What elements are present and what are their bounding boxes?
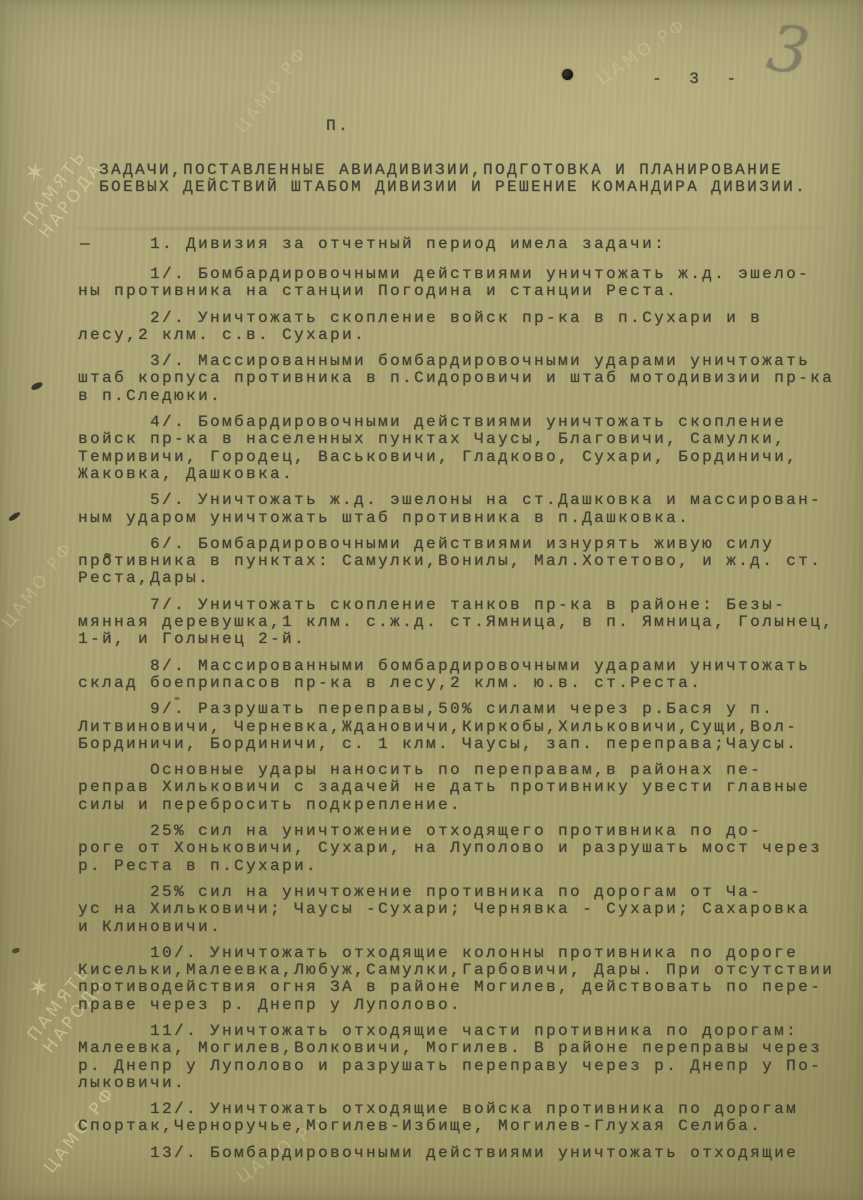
document-paragraph: 8/. Массированными бомбардировочными уда…	[78, 658, 844, 693]
section-heading: ЗАДАЧИ,ПОСТАВЛЕННЫЕ АВИАДИВИЗИИ,ПОДГОТОВ…	[99, 162, 839, 197]
document-paragraph: 7/. Уничтожать скопление танков пр-ка в …	[78, 597, 844, 649]
margin-dash: —	[80, 236, 92, 253]
intro-line: 1. Дивизия за отчетный период имела зада…	[150, 236, 666, 253]
document-paragraph: 10/. Уничтожать отходящие колонны против…	[78, 945, 844, 1014]
document-paragraph: Основные удары наносить по переправам,в …	[78, 762, 844, 814]
document-paragraph: 4/. Бомбардировочными действиями уничтож…	[78, 414, 844, 483]
ink-speck	[8, 511, 22, 523]
document-paragraph: 12/. Уничтожать отходящие войска противн…	[78, 1101, 844, 1136]
document-paragraph: 13/. Бомбардировочными действиями уничто…	[78, 1145, 844, 1162]
document-paragraph: 2/. Уничтожать скопление войск пр-ка в п…	[78, 310, 844, 345]
document-paragraph: 6/. Бомбардировочными действиями изнурят…	[78, 536, 844, 588]
star-icon: ✶	[17, 155, 54, 191]
ink-speck	[30, 381, 43, 392]
archive-watermark-memory: ✶ПАМЯТЬ НАРОДА	[0, 128, 107, 243]
hole-punch-dot	[562, 69, 573, 80]
document-paragraph: 25% сил на уничтожение противника по дор…	[78, 884, 844, 936]
document-paragraph: 9/. Разрушать переправы,50% силами через…	[78, 701, 844, 753]
document-paragraph: 25% сил на уничтожение отходящего против…	[78, 823, 844, 875]
watermark-text: ЦАМО РФ	[232, 43, 312, 137]
document-paragraph: 1/. Бомбардировочными действиями уничтож…	[78, 266, 844, 301]
underline-smudge	[76, 227, 824, 230]
watermark-text: ЦАМО РФ	[0, 538, 78, 632]
task-paragraphs: 1/. Бомбардировочными действиями уничтож…	[78, 266, 844, 1162]
section-numeral: П.	[326, 118, 350, 135]
document-paragraph: 3/. Массированными бомбардировочными уда…	[78, 353, 844, 405]
archive-watermark: ЦАМО РФ	[0, 538, 78, 632]
handwritten-page-number: 3	[762, 11, 814, 90]
ink-speck	[11, 947, 20, 954]
star-icon: ✶	[21, 970, 58, 1006]
document-paragraph: 11/. Уничтожать отходящие части противни…	[78, 1023, 844, 1092]
archive-watermark: ЦАМО РФ	[232, 43, 312, 137]
document-paragraph: 5/. Уничтожать ж.д. эшелоны на ст.Дашков…	[78, 492, 844, 527]
scanned-document-page: ✶ПАМЯТЬ НАРОДА ЦАМО РФ ЦАМО РФ ЦАМО РФ ✶…	[0, 0, 863, 1200]
typed-page-number: - 3 -	[652, 71, 745, 88]
